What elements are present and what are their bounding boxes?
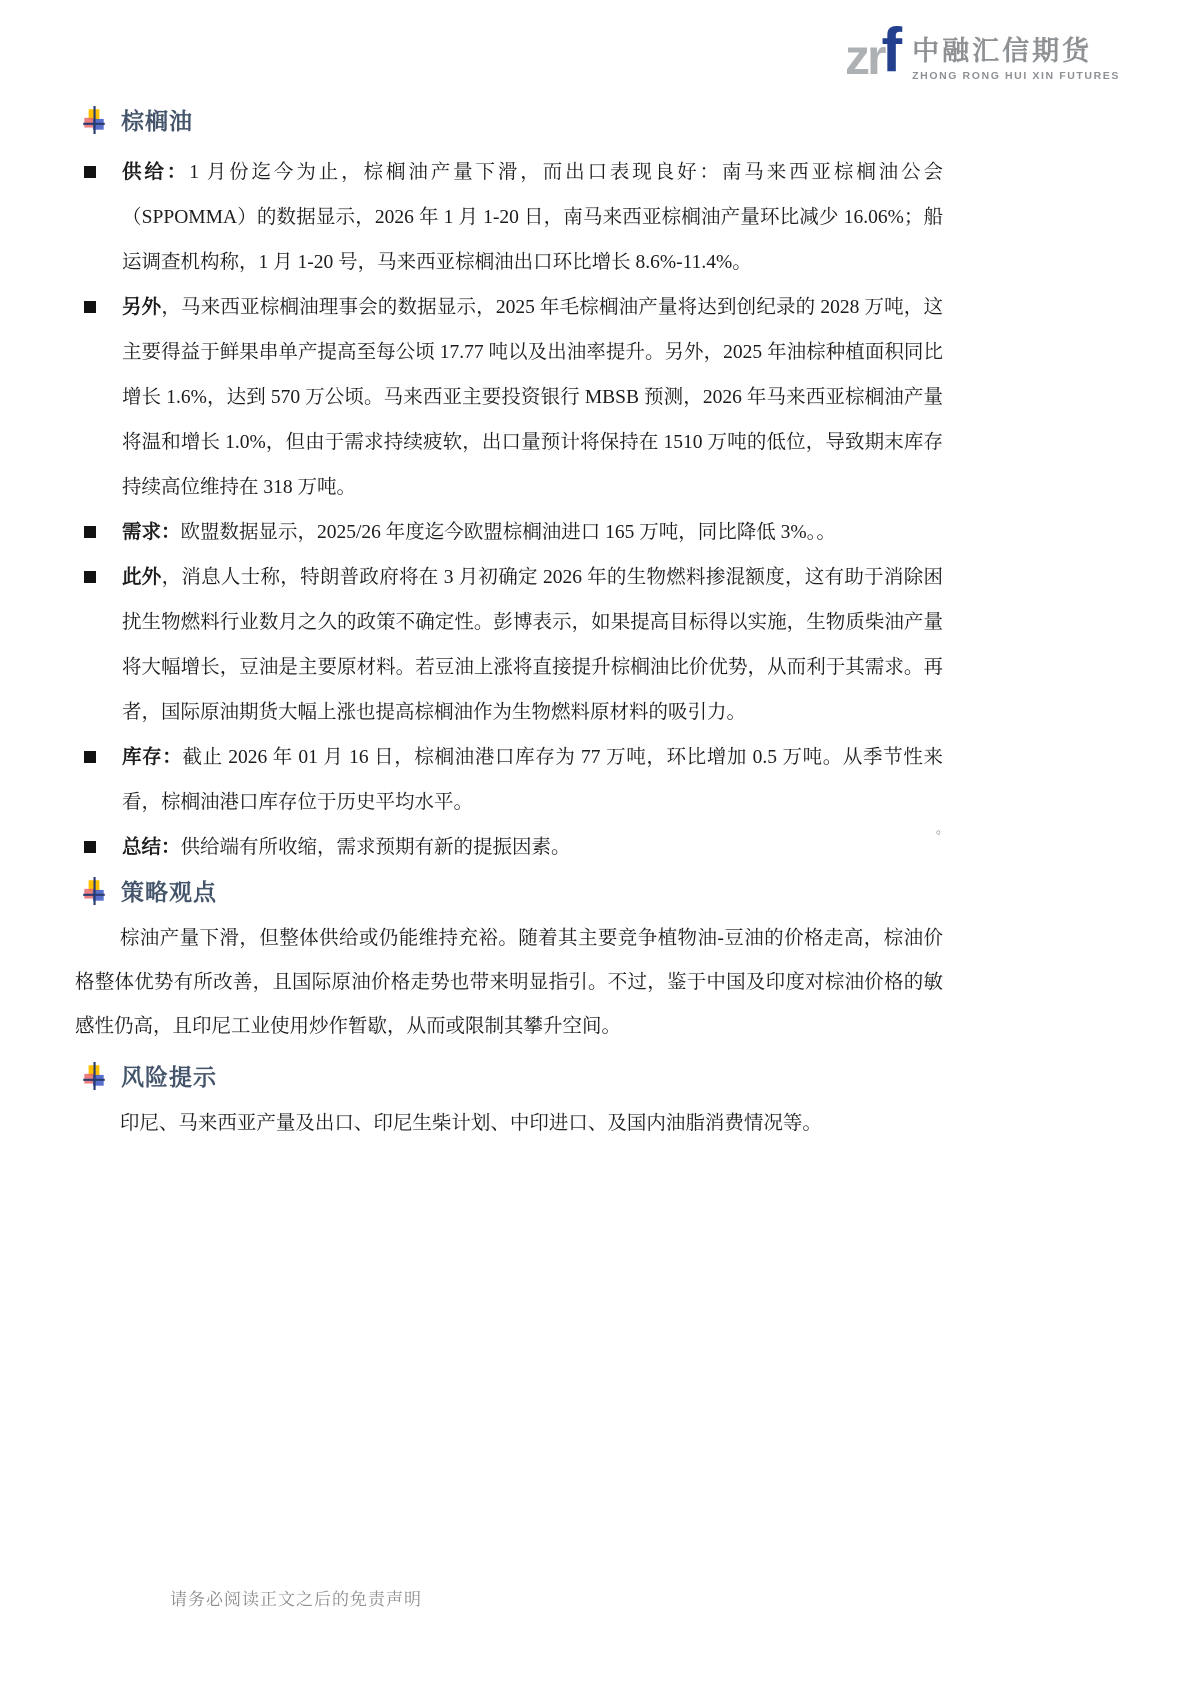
bullet-biofuel-policy: 此外，消息人士称，特朗普政府将在 3 月初确定 2026 年的生物燃料掺混额度，… [75, 555, 943, 735]
colored-cross-bullet-icon [83, 106, 105, 134]
colored-cross-bullet-icon [83, 877, 105, 905]
logo-zr-text: zr [845, 32, 883, 82]
section-risk: 风险提示 印尼、马来西亚产量及出口、印尼生柴计划、中印进口、及国内油脂消费情况等… [75, 1059, 943, 1146]
company-logo: zr f 中融汇信期货 ZHONG RONG HUI XIN FUTURES [845, 20, 1120, 82]
bullet-additional-production: 另外，马来西亚棕榈油理事会的数据显示，2025 年毛棕榈油产量将达到创纪录的 2… [75, 285, 943, 510]
stray-period-mark: 。 [936, 818, 949, 837]
logo-wordmark: 中融汇信期货 ZHONG RONG HUI XIN FUTURES [912, 37, 1120, 82]
square-bullet-icon [84, 841, 96, 853]
section-header: 策略观点 [75, 874, 943, 907]
risk-paragraph: 印尼、马来西亚产量及出口、印尼生柴计划、中印进口、及国内油脂消费情况等。 [75, 1102, 943, 1146]
bullet-body: 供给端有所收缩，需求预期有新的提振因素。 [181, 837, 571, 858]
section-header: 棕榈油 [75, 103, 943, 136]
company-name-en: ZHONG RONG HUI XIN FUTURES [912, 70, 1120, 82]
logo-f-text: f [881, 20, 902, 82]
bullet-body: 截止 2026 年 01 月 16 日，棕榈油港口库存为 77 万吨，环比增加 … [122, 747, 943, 813]
strategy-paragraph: 棕油产量下滑，但整体供给或仍能维持充裕。随着其主要竞争植物油-豆油的价格走高，棕… [75, 917, 943, 1049]
bullet-text: 需求：欧盟数据显示，2025/26 年度迄今欧盟棕榈油进口 165 万吨，同比降… [122, 510, 943, 555]
bullet-text: 库存：截止 2026 年 01 月 16 日，棕榈油港口库存为 77 万吨，环比… [122, 735, 943, 825]
bullet-label: 另外 [122, 297, 161, 318]
bullet-label: 总结： [122, 837, 181, 858]
section-title: 风险提示 [121, 1059, 217, 1092]
bullet-label: 库存： [122, 747, 182, 768]
bullet-text: 总结：供给端有所收缩，需求预期有新的提振因素。 [122, 825, 943, 870]
section-header: 风险提示 [75, 1059, 943, 1092]
square-bullet-icon [84, 526, 96, 538]
bullet-supply: 供给：1 月份迄今为止，棕榈油产量下滑，而出口表现良好：南马来西亚棕榈油公会（S… [75, 150, 943, 285]
bullet-label: 供给： [122, 162, 189, 183]
company-name-cn: 中融汇信期货 [912, 37, 1120, 67]
square-bullet-icon [84, 301, 96, 313]
bullet-label: 此外 [122, 567, 162, 588]
bullet-body: 1 月份迄今为止，棕榈油产量下滑，而出口表现良好：南马来西亚棕榈油公会（SPPO… [122, 162, 943, 273]
bullet-text: 供给：1 月份迄今为止，棕榈油产量下滑，而出口表现良好：南马来西亚棕榈油公会（S… [122, 150, 943, 285]
footer-disclaimer: 请务必阅读正文之后的免责声明 [170, 1585, 422, 1610]
report-body: 棕榈油 供给：1 月份迄今为止，棕榈油产量下滑，而出口表现良好：南马来西亚棕榈油… [75, 103, 943, 1156]
bullet-text: 另外，马来西亚棕榈油理事会的数据显示，2025 年毛棕榈油产量将达到创纪录的 2… [122, 285, 943, 510]
logo-mark: zr f [845, 20, 902, 82]
bullet-body: ，马来西亚棕榈油理事会的数据显示，2025 年毛棕榈油产量将达到创纪录的 202… [122, 297, 943, 498]
section-title: 策略观点 [121, 874, 217, 907]
bullet-body: ，消息人士称，特朗普政府将在 3 月初确定 2026 年的生物燃料掺混额度，这有… [122, 567, 943, 723]
bullet-summary: 总结：供给端有所收缩，需求预期有新的提振因素。 [75, 825, 943, 870]
square-bullet-icon [84, 166, 96, 178]
bullet-list: 供给：1 月份迄今为止，棕榈油产量下滑，而出口表现良好：南马来西亚棕榈油公会（S… [75, 150, 943, 870]
bullet-body: 欧盟数据显示，2025/26 年度迄今欧盟棕榈油进口 165 万吨，同比降低 3… [181, 522, 836, 543]
section-palm-oil: 棕榈油 供给：1 月份迄今为止，棕榈油产量下滑，而出口表现良好：南马来西亚棕榈油… [75, 103, 943, 870]
bullet-inventory: 库存：截止 2026 年 01 月 16 日，棕榈油港口库存为 77 万吨，环比… [75, 735, 943, 825]
square-bullet-icon [84, 751, 96, 763]
colored-cross-bullet-icon [83, 1062, 105, 1090]
bullet-label: 需求： [122, 522, 181, 543]
section-title: 棕榈油 [121, 103, 193, 136]
section-strategy: 策略观点 棕油产量下滑，但整体供给或仍能维持充裕。随着其主要竞争植物油-豆油的价… [75, 874, 943, 1049]
bullet-text: 此外，消息人士称，特朗普政府将在 3 月初确定 2026 年的生物燃料掺混额度，… [122, 555, 943, 735]
report-page: zr f 中融汇信期货 ZHONG RONG HUI XIN FUTURES 棕… [0, 0, 1190, 1683]
bullet-demand: 需求：欧盟数据显示，2025/26 年度迄今欧盟棕榈油进口 165 万吨，同比降… [75, 510, 943, 555]
square-bullet-icon [84, 571, 96, 583]
